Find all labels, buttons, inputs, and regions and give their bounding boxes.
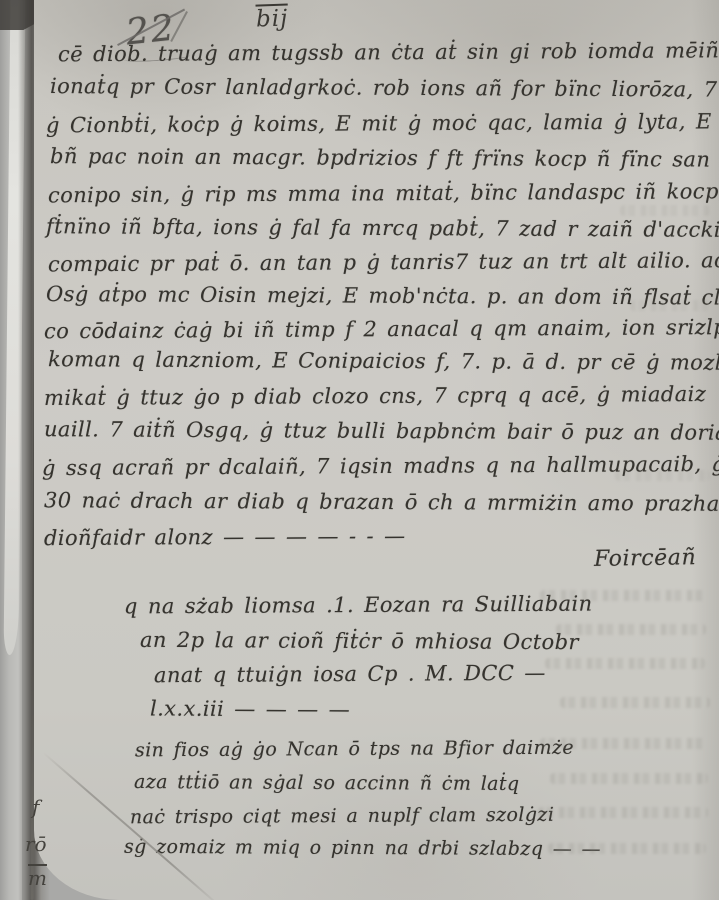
manuscript-line: fṫnïno iñ bfta, ions ġ fal fa mrcq pabṫ,… (46, 216, 719, 241)
manuscript-line: co cōdainz ċaġ bi iñ timp f 2 anacal q q… (44, 317, 719, 342)
colophon-line: q na sżab liomsa .1. Eozan ra Suilliabai… (124, 594, 593, 618)
colophon-line: l.x.x.iii — — — — (150, 698, 350, 720)
bleedthrough-ghost-line (540, 590, 705, 601)
margin-note: rō (25, 832, 47, 856)
manuscript-line: bñ pac noin an macgr. bpdrizios f ft frï… (50, 146, 719, 171)
folio-mark: bij (256, 5, 289, 32)
end-mark: Foircēañ (594, 545, 697, 572)
bleedthrough-ghost-line (560, 697, 710, 708)
manuscript-line: uaill. 7 aiṫñ Osgq, ġ ttuz bulli bapbnċm… (44, 419, 719, 444)
closing-line: aza ttṫiō an sġal so accinn ñ ċm laṫq (134, 773, 520, 794)
manuscript-line: compaic pr paṫ ō. an tan p ġ tanris7 tuz… (48, 250, 719, 276)
manuscript-line: Osġ aṫpo mc Oisin mejzi, E mob'nċta. p. … (46, 284, 719, 309)
closing-line: sġ zomaiz m miq o pinn na drbi szlabzq —… (124, 838, 601, 859)
manuscript-line: mikaṫ ġ ttuz ġo p diab clozo cns, 7 cprq… (44, 384, 706, 409)
bleedthrough-ghost-line (556, 624, 706, 635)
closing-line: naċ trispo ciqt mesi a nuplf clam szolġz… (130, 806, 554, 828)
bleedthrough-ghost-line (615, 470, 710, 481)
manuscript-line: 30 naċ drach ar diab q brazan ō ch a mrm… (44, 490, 719, 515)
bleedthrough-ghost-line (540, 738, 708, 749)
bleedthrough-ghost-line (548, 843, 706, 854)
manuscript-line: dioñfaidr alonz — — — — - - — (44, 526, 406, 549)
colophon-line: anat q ttuiġn iosa Cp . M. DCC — (154, 663, 546, 686)
margin-note: m (28, 866, 47, 890)
bleedthrough-ghost-line (630, 300, 710, 311)
manuscript-line: ġ Cionbṫi, koċp ġ koims, E mit ġ moċ qac… (46, 111, 719, 137)
margin-note: f (32, 795, 39, 819)
manuscript-line: ionaṫq pr Cosr lanladgrkoċ. rob ions añ … (50, 76, 719, 101)
manuscript-page: 22 bij cē diob. truaġ am tugssb an ċta a… (34, 0, 719, 900)
bleedthrough-ghost-line (538, 807, 708, 818)
bleedthrough-ghost-line (620, 205, 710, 216)
manuscript-line: cē diob. truaġ am tugssb an ċta aṫ sin g… (58, 40, 719, 66)
colophon-line: an 2p la ar cioñ fiṫċr ō mhiosa Octobr (140, 630, 579, 653)
bleedthrough-ghost-line (550, 773, 708, 784)
manuscript-line: koman q lanzniom, E Conipaicios f, 7. p.… (48, 349, 719, 374)
bleedthrough-ghost-line (545, 658, 705, 669)
closing-line: sin fios aġ ġo Ncan ō tps na Bfior daimż… (135, 739, 574, 761)
manuscript-line: conipo sin, ġ rip ms mma ina mitaṫ, bïnc… (48, 181, 719, 207)
